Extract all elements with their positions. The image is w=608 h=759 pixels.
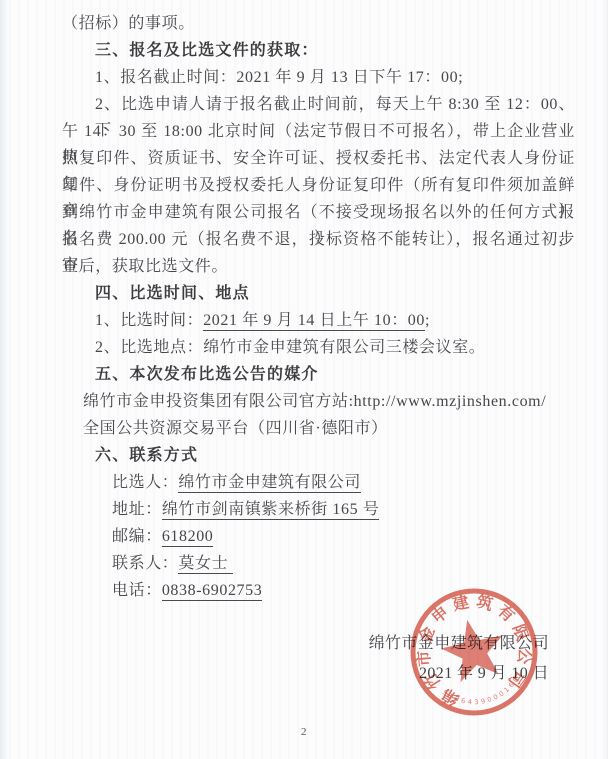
star-icon (436, 613, 510, 684)
document-line: （招标）的事项。 (62, 11, 575, 38)
document-line: 1、比选时间：2021 年 9 月 14 日上午 10：00; (62, 308, 575, 335)
underlined-value: 0838-6902753 (162, 582, 263, 601)
line-text: 查后，获取比选文件。 (62, 258, 228, 275)
document-line: 四、比选时间、地点 (62, 281, 575, 308)
underlined-value: 2021 年 9 月 14 日上午 10：00 (203, 312, 425, 331)
document-line: 到绵竹市金申建筑有限公司报名（不接受现场报名以外的任何方式报名）， (62, 200, 575, 227)
line-text: 联系人： (112, 555, 178, 572)
underlined-value: 绵竹市剑南镇紫来桥街 165 号 (162, 501, 380, 520)
page-number: 2 (0, 726, 608, 738)
document-line: 查后，获取比选文件。 (62, 254, 575, 281)
scan-edge-right (604, 0, 608, 759)
document-line: 2、比选地点：绵竹市金申建筑有限公司三楼会议室。 (62, 335, 575, 362)
line-text: 比选人： (112, 474, 178, 491)
line-text: 1、报名截止时间：2021 年 9 月 13 日下午 17：00; (95, 69, 463, 86)
document-line: 六、联系方式 (62, 443, 575, 470)
line-text: 六、联系方式 (95, 447, 198, 464)
document-line: 绵竹市金申投资集团有限公司官方站:http://www.mzjinshen.co… (62, 389, 575, 416)
line-text: 1、比选时间： (95, 312, 203, 329)
underlined-value: 绵竹市金申建筑有限公司 (178, 474, 361, 493)
document-line: 地址：绵竹市剑南镇紫来桥街 165 号 (62, 497, 575, 524)
line-text: 三、报名及比选文件的获取： (95, 42, 319, 59)
document-line: 印件、身份证明书及授权委托人身份证复印件（所有复印件须加盖鲜章） (62, 173, 575, 200)
line-text: 邮编： (112, 528, 162, 545)
document-line: 报名费 200.00 元（报名费不退，投标资格不能转让），报名通过初步审 (62, 227, 575, 254)
document-line: 三、报名及比选文件的获取： (62, 38, 575, 65)
scan-edge-left (0, 0, 8, 759)
line-text: 全国公共资源交易平台（四川省·德阳市） (83, 420, 388, 437)
document-line: 比选人：绵竹市金申建筑有限公司 (62, 470, 575, 497)
line-text: （招标）的事项。 (62, 15, 195, 32)
document-line: 全国公共资源交易平台（四川省·德阳市） (62, 416, 575, 443)
underlined-value: 莫女士 (178, 555, 232, 574)
document-line: 照复印件、资质证书、安全许可证、授权委托书、法定代表人身份证复 (62, 146, 575, 173)
document-line: 2、比选申请人请于报名截止时间前，每天上午 8:30 至 12：00、下 (62, 92, 575, 119)
line-text: 电话： (112, 582, 162, 599)
line-text: 绵竹市金申投资集团有限公司官方站:http://www.mzjinshen.co… (83, 393, 546, 410)
document-line: 午 14：30 至 18:00 北京时间（法定节假日不可报名），带上企业营业执 (62, 119, 575, 146)
company-seal-stamp: 绵竹市金申建筑有限公司 5106439000160 (385, 563, 563, 741)
line-text: 五、本次发布比选公告的媒介 (95, 366, 319, 383)
line-text: 地址： (112, 501, 162, 518)
underlined-value: 618200 (162, 528, 214, 547)
document-page: （招标）的事项。三、报名及比选文件的获取：1、报名截止时间：2021 年 9 月… (0, 0, 608, 759)
line-text: 2、比选地点：绵竹市金申建筑有限公司三楼会议室。 (95, 339, 485, 356)
document-body: （招标）的事项。三、报名及比选文件的获取：1、报名截止时间：2021 年 9 月… (62, 11, 575, 605)
document-line: 1、报名截止时间：2021 年 9 月 13 日下午 17：00; (62, 65, 575, 92)
line-text: ; (425, 312, 430, 329)
line-text: 四、比选时间、地点 (95, 285, 250, 302)
document-line: 邮编：618200 (62, 524, 575, 551)
document-line: 五、本次发布比选公告的媒介 (62, 362, 575, 389)
